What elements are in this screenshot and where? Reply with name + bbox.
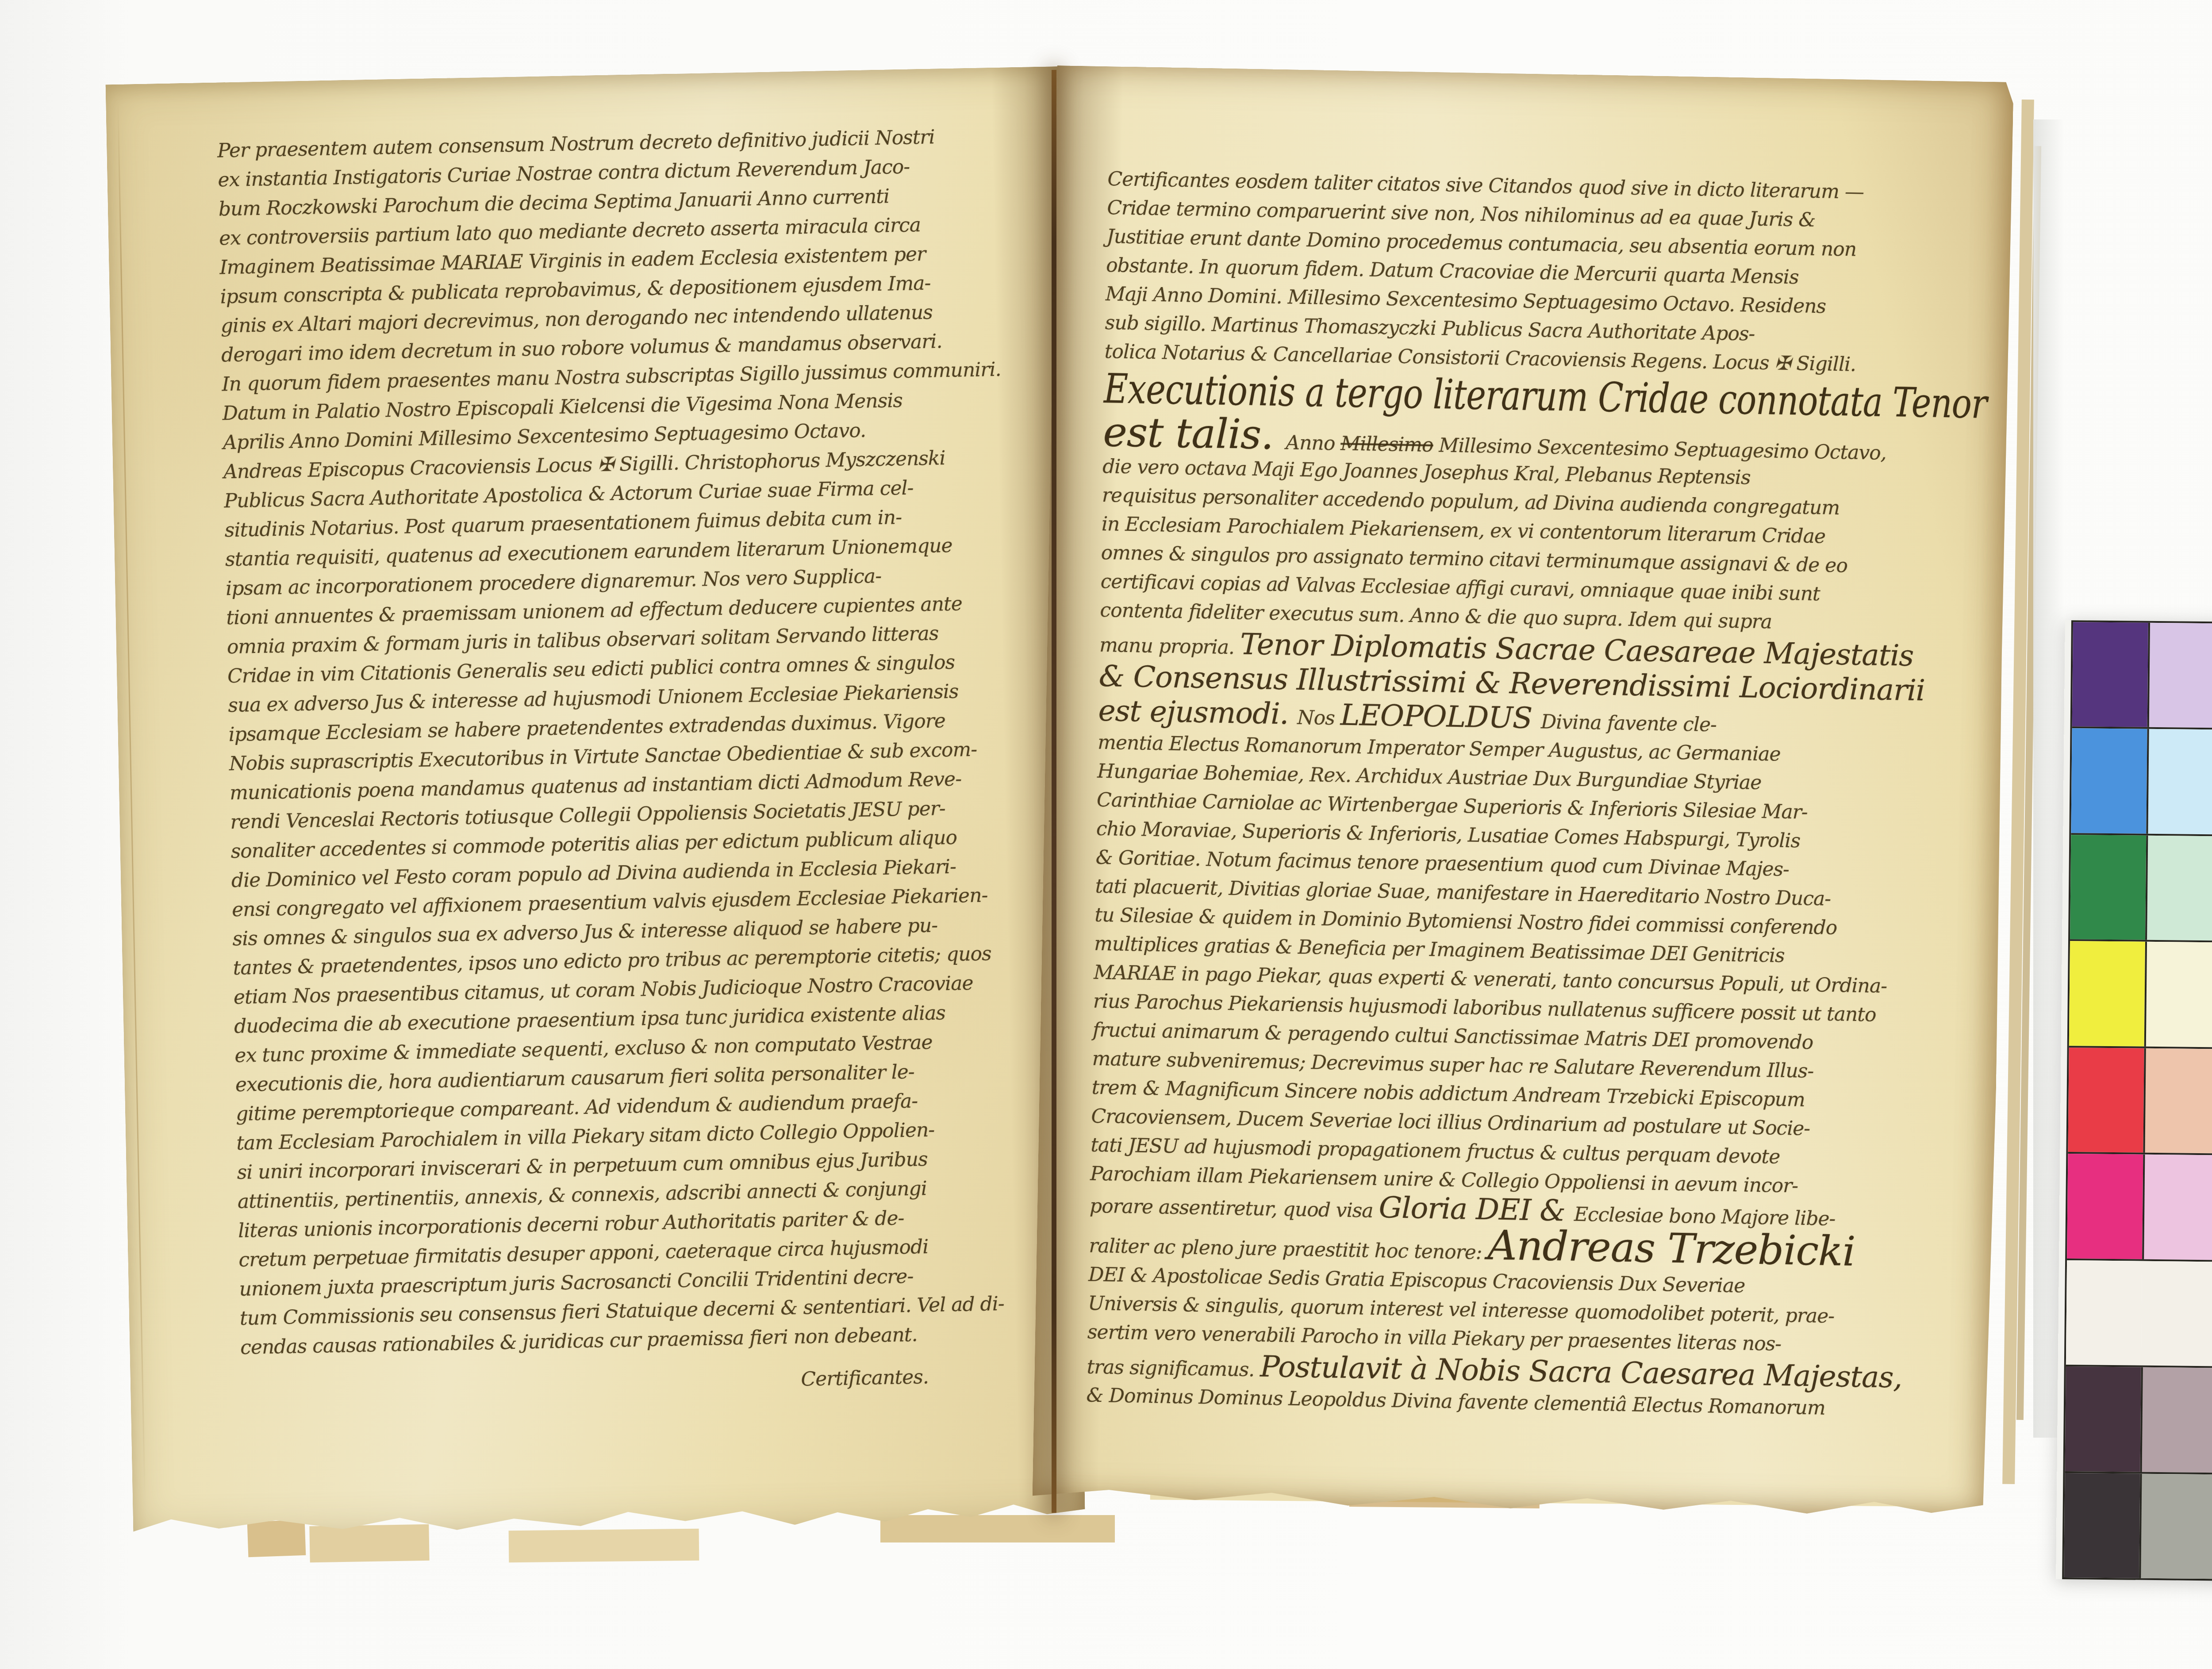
color-patch-light: [2139, 1473, 2212, 1579]
manuscript-text-segment: Certificantes.: [801, 1366, 929, 1391]
manuscript-page-right: Certificantes eosdem taliter citatos siv…: [1032, 65, 2013, 1519]
color-patch-strong: [2064, 1473, 2140, 1578]
page-stack-edge: [309, 1524, 429, 1563]
manuscript-page-left: Per praesentem autem consensum Nostrum d…: [105, 66, 1085, 1538]
manuscript-text-segment: Divina favente cle-: [1541, 710, 1717, 736]
patch-row: [2065, 1365, 2212, 1473]
manuscript-text-segment: Andreas Trzebicki: [1487, 1221, 1855, 1275]
patch-row: [2066, 1258, 2212, 1366]
page-stack-edge: [509, 1529, 699, 1562]
patch-row: [2072, 622, 2212, 728]
manuscript-text-segment: manu propria.: [1099, 634, 1240, 659]
color-patch-strong: [2069, 941, 2145, 1046]
color-patch-strong: [2066, 1260, 2142, 1366]
page-text-left: Per praesentem autem consensum Nostrum d…: [217, 120, 1075, 1418]
manuscript-text-segment: est talis.: [1103, 408, 1286, 459]
patch-row: [2070, 833, 2212, 941]
color-patch-light: [2145, 836, 2212, 941]
page-stack-edge: [247, 1520, 306, 1557]
color-patch-strong: [2065, 1366, 2141, 1472]
color-patch-light: [2142, 1155, 2212, 1260]
color-patch-light: [2144, 942, 2212, 1047]
page-gutter: [1052, 70, 1056, 1513]
color-patch-light: [2140, 1367, 2212, 1473]
manuscript-text-segment: tras significamus.: [1087, 1356, 1260, 1381]
manuscript-text-segment: Nos: [1297, 706, 1340, 730]
manuscript-text-segment: Millesimo: [1340, 432, 1433, 457]
color-patch-strong: [2067, 1154, 2143, 1259]
color-patch-strong: [2072, 622, 2148, 727]
color-patch-light: [2143, 1048, 2212, 1154]
patch-row: [2069, 939, 2212, 1047]
manuscript-text-segment: Anno: [1286, 431, 1341, 455]
page-text-right: Certificantes eosdem taliter citatos siv…: [1086, 165, 1991, 1425]
manuscript-text-segment: raliter ac pleno jure praestitit hoc ten…: [1089, 1235, 1488, 1264]
manuscript-text-segment: est ejusmodi.: [1098, 694, 1298, 731]
scan-background: Per praesentem autem consensum Nostrum d…: [0, 0, 2212, 1669]
color-patch-strong: [2068, 1047, 2144, 1153]
color-patch-strong: [2071, 729, 2147, 834]
color-patch-light: [2146, 729, 2212, 834]
patch-row: [2067, 1152, 2212, 1260]
page-crease: [117, 102, 146, 1497]
color-patch-light: [2141, 1261, 2212, 1366]
page-stack-edge: [880, 1515, 1115, 1542]
kodak-color-bar: BlueCyanGreenYellowRedMagentaWhite3/Colo…: [2056, 620, 2212, 1582]
color-patch-grid: [2062, 620, 2212, 1581]
patch-row: [2071, 727, 2212, 835]
patch-row: [2068, 1046, 2212, 1154]
color-patch-strong: [2070, 835, 2146, 940]
color-patch-light: [2147, 623, 2212, 728]
patch-row: [2064, 1471, 2212, 1579]
manuscript-text-segment: LEOPOLDUS: [1340, 698, 1541, 735]
